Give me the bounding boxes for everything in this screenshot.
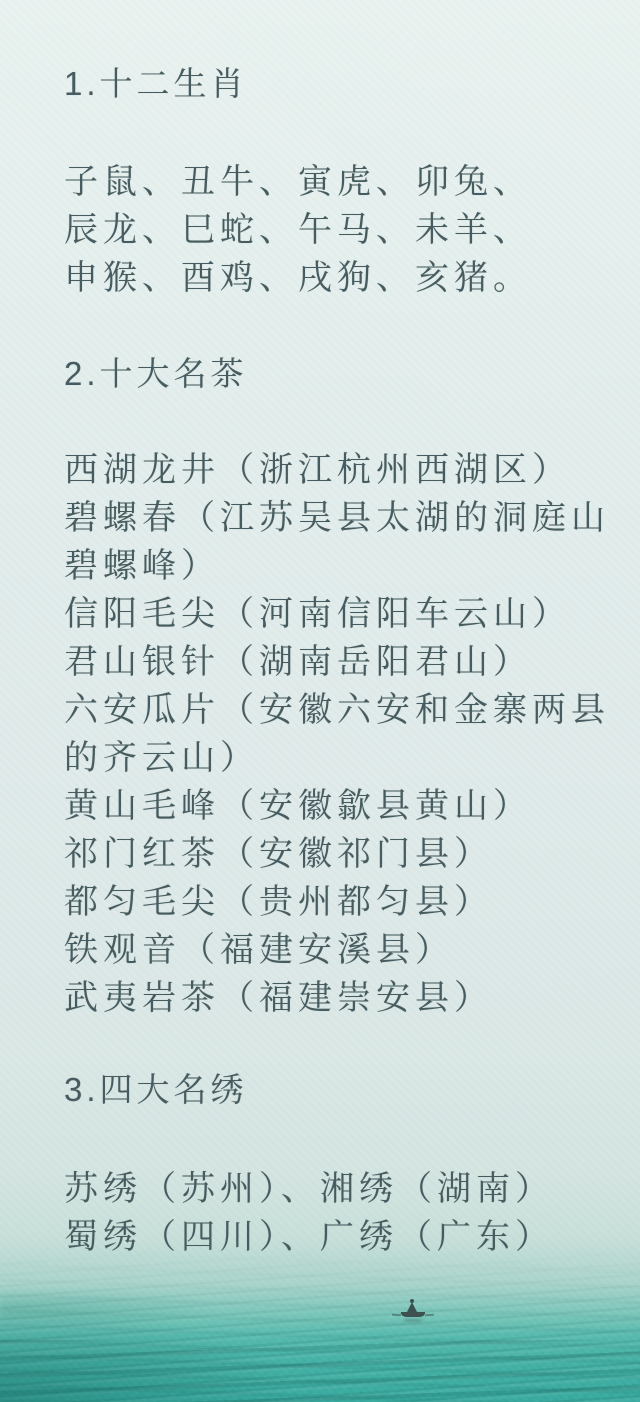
text-line: 六安瓜片（安徽六安和金寨两县 [64,686,640,734]
text-line: 子鼠、丑牛、寅虎、卯兔、 [64,158,640,206]
text-line: 蜀绣（四川）、广绣（广东） [64,1213,640,1261]
boat-with-person-icon [399,1301,427,1323]
section-famous-embroideries: 3.四大名绣 苏绣（苏州）、湘绣（湖南） 蜀绣（四川）、广绣（广东） [64,1070,640,1261]
boat-hull [401,1312,425,1317]
text-line: 都匀毛尖（贵州都匀县） [64,878,640,926]
text-line: 信阳毛尖（河南信阳车云山） [64,590,640,638]
section-heading: 2.十大名茶 [64,354,640,394]
boat-person-figure [407,1302,417,1312]
section-heading: 3.四大名绣 [64,1070,640,1110]
knowledge-card-image: 1.十二生肖 子鼠、丑牛、寅虎、卯兔、 辰龙、巳蛇、午马、未羊、 申猴、酉鸡、戌… [0,0,640,1402]
text-line: 申猴、酉鸡、戌狗、亥猪。 [64,254,640,302]
text-line: 碧螺峰） [64,542,640,590]
text-line: 祁门红茶（安徽祁门县） [64,830,640,878]
section-famous-teas: 2.十大名茶 西湖龙井（浙江杭州西湖区） 碧螺春（江苏吴县太湖的洞庭山 碧螺峰）… [64,354,640,1022]
text-line: 君山银针（湖南岳阳君山） [64,638,640,686]
text-line: 铁观音（福建安溪县） [64,926,640,974]
text-line: 的齐云山） [64,734,640,782]
section-body: 西湖龙井（浙江杭州西湖区） 碧螺春（江苏吴县太湖的洞庭山 碧螺峰） 信阳毛尖（河… [64,446,640,1022]
section-heading: 1.十二生肖 [64,64,640,104]
section-body: 苏绣（苏州）、湘绣（湖南） 蜀绣（四川）、广绣（广东） [64,1165,640,1261]
text-line: 武夷岩茶（福建崇安县） [64,974,640,1022]
text-line: 西湖龙井（浙江杭州西湖区） [64,446,640,494]
section-body: 子鼠、丑牛、寅虎、卯兔、 辰龙、巳蛇、午马、未羊、 申猴、酉鸡、戌狗、亥猪。 [64,158,640,302]
section-zodiac: 1.十二生肖 子鼠、丑牛、寅虎、卯兔、 辰龙、巳蛇、午马、未羊、 申猴、酉鸡、戌… [64,64,640,302]
text-content: 1.十二生肖 子鼠、丑牛、寅虎、卯兔、 辰龙、巳蛇、午马、未羊、 申猴、酉鸡、戌… [64,0,640,1261]
lake-water-ripples [0,1252,640,1402]
text-line: 碧螺春（江苏吴县太湖的洞庭山 [64,494,640,542]
text-line: 辰龙、巳蛇、午马、未羊、 [64,206,640,254]
text-line: 苏绣（苏州）、湘绣（湖南） [64,1165,640,1213]
boat-reflection [403,1319,423,1322]
text-line: 黄山毛峰（安徽歙县黄山） [64,782,640,830]
